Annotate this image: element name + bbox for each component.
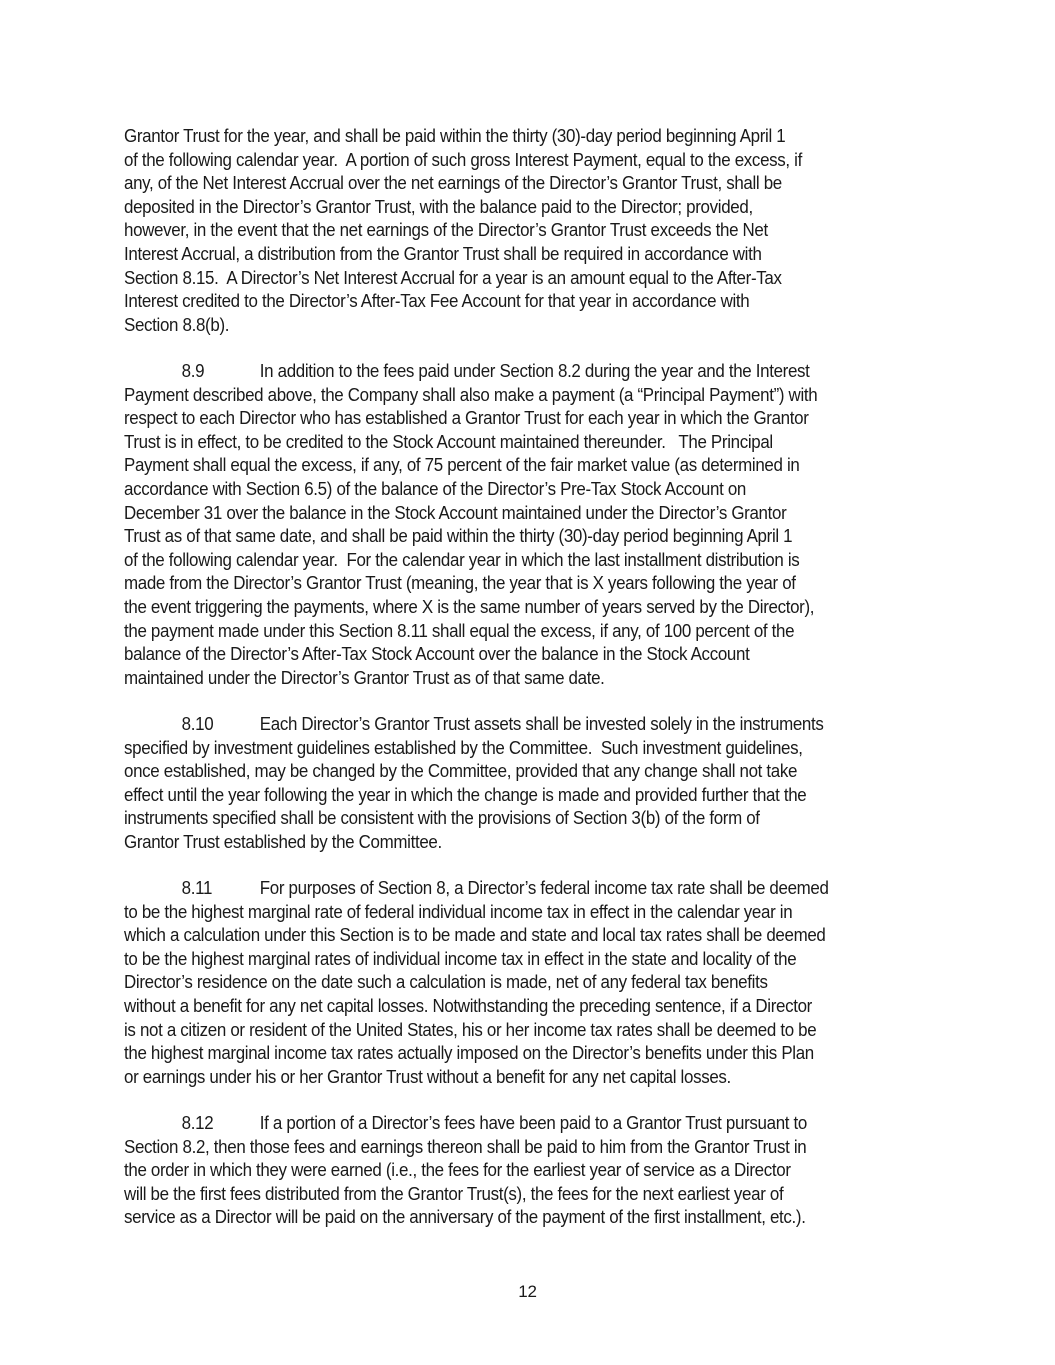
document-page: Grantor Trust for the year, and shall be… bbox=[0, 0, 1055, 1365]
text-line: however, in the event that the net earni… bbox=[124, 219, 934, 243]
text-line: 8.10Each Director’s Grantor Trust assets… bbox=[124, 713, 934, 737]
text-line-first: If a portion of a Director’s fees have b… bbox=[260, 1113, 807, 1133]
text-line: the highest marginal income tax rates ac… bbox=[124, 1042, 934, 1066]
text-line: Interest credited to the Director’s Afte… bbox=[124, 290, 934, 314]
text-line: Section 8.8(b). bbox=[124, 314, 934, 338]
paragraph-section-8-12: 8.12If a portion of a Director’s fees ha… bbox=[124, 1112, 934, 1230]
text-line: deposited in the Director’s Grantor Trus… bbox=[124, 196, 934, 220]
text-line: instruments specified shall be consisten… bbox=[124, 807, 934, 831]
text-line: of the following calendar year. For the … bbox=[124, 549, 934, 573]
text-line: December 31 over the balance in the Stoc… bbox=[124, 502, 934, 526]
text-line-first: Each Director’s Grantor Trust assets sha… bbox=[260, 714, 824, 734]
section-number: 8.11 bbox=[124, 877, 260, 901]
text-line-first: In addition to the fees paid under Secti… bbox=[260, 361, 810, 381]
text-line: Grantor Trust established by the Committ… bbox=[124, 831, 934, 855]
text-line: maintained under the Director’s Grantor … bbox=[124, 667, 934, 691]
text-line: the order in which they were earned (i.e… bbox=[124, 1159, 934, 1183]
section-number: 8.10 bbox=[124, 713, 260, 737]
text-line: Trust as of that same date, and shall be… bbox=[124, 525, 934, 549]
text-line: will be the first fees distributed from … bbox=[124, 1183, 934, 1207]
text-line: Grantor Trust for the year, and shall be… bbox=[124, 125, 934, 149]
section-number: 8.12 bbox=[124, 1112, 260, 1136]
text-line: 8.9In addition to the fees paid under Se… bbox=[124, 360, 934, 384]
text-line: without a benefit for any net capital lo… bbox=[124, 995, 934, 1019]
text-line: 8.11For purposes of Section 8, a Directo… bbox=[124, 877, 934, 901]
text-line: to be the highest marginal rates of indi… bbox=[124, 948, 934, 972]
text-line: any, of the Net Interest Accrual over th… bbox=[124, 172, 934, 196]
text-line: is not a citizen or resident of the Unit… bbox=[124, 1019, 934, 1043]
paragraph-section-8-10: 8.10Each Director’s Grantor Trust assets… bbox=[124, 713, 934, 855]
page-number: 12 bbox=[0, 1282, 1055, 1302]
text-line: 8.12If a portion of a Director’s fees ha… bbox=[124, 1112, 934, 1136]
text-line: Payment shall equal the excess, if any, … bbox=[124, 454, 934, 478]
section-number: 8.9 bbox=[124, 360, 260, 384]
text-line: Director’s residence on the date such a … bbox=[124, 971, 934, 995]
text-line: the payment made under this Section 8.11… bbox=[124, 620, 934, 644]
text-line: respect to each Director who has establi… bbox=[124, 407, 934, 431]
text-line: once established, may be changed by the … bbox=[124, 760, 934, 784]
text-line: Section 8.15. A Director’s Net Interest … bbox=[124, 267, 934, 291]
paragraph-continuation: Grantor Trust for the year, and shall be… bbox=[124, 125, 934, 337]
text-line: accordance with Section 6.5) of the bala… bbox=[124, 478, 934, 502]
text-line: service as a Director will be paid on th… bbox=[124, 1206, 934, 1230]
text-line: of the following calendar year. A portio… bbox=[124, 149, 934, 173]
text-line: to be the highest marginal rate of feder… bbox=[124, 901, 934, 925]
text-line: the event triggering the payments, where… bbox=[124, 596, 934, 620]
text-line: or earnings under his or her Grantor Tru… bbox=[124, 1066, 934, 1090]
text-line: which a calculation under this Section i… bbox=[124, 924, 934, 948]
text-line: balance of the Director’s After-Tax Stoc… bbox=[124, 643, 934, 667]
paragraph-section-8-11: 8.11For purposes of Section 8, a Directo… bbox=[124, 877, 934, 1089]
text-line-first: For purposes of Section 8, a Director’s … bbox=[260, 878, 829, 898]
text-line: Interest Accrual, a distribution from th… bbox=[124, 243, 934, 267]
paragraph-section-8-9: 8.9In addition to the fees paid under Se… bbox=[124, 360, 934, 690]
text-line: effect until the year following the year… bbox=[124, 784, 934, 808]
text-line: Payment described above, the Company sha… bbox=[124, 384, 934, 408]
text-line: made from the Director’s Grantor Trust (… bbox=[124, 572, 934, 596]
text-line: Trust is in effect, to be credited to th… bbox=[124, 431, 934, 455]
text-line: Section 8.2, then those fees and earning… bbox=[124, 1136, 934, 1160]
text-line: specified by investment guidelines estab… bbox=[124, 737, 934, 761]
